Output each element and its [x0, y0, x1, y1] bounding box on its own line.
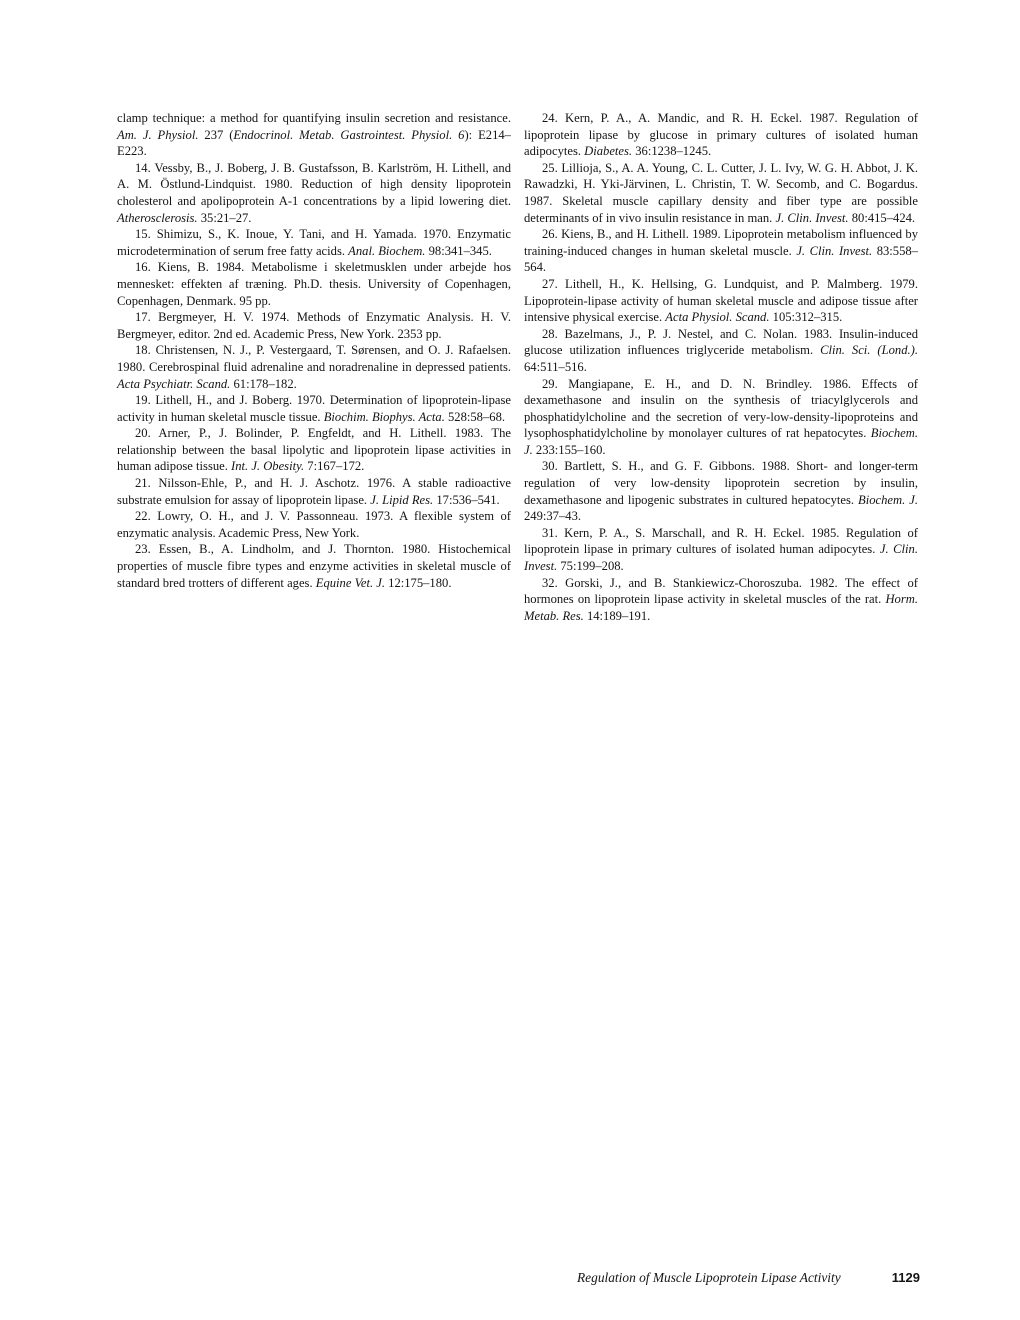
reference-21: 21. Nilsson-Ehle, P., and H. J. Aschotz.… [117, 475, 511, 508]
reference-citation: 80:415–424. [849, 211, 915, 225]
reference-28: 28. Bazelmans, J., P. J. Nestel, and C. … [524, 326, 918, 376]
journal-name: J. Clin. Invest. [775, 211, 848, 225]
reference-citation: 36:1238–1245. [632, 144, 711, 158]
journal-name: Am. J. Physiol. [117, 128, 198, 142]
reference-17: 17. Bergmeyer, H. V. 1974. Methods of En… [117, 309, 511, 342]
reference-text: 237 ( [198, 128, 233, 142]
reference-24: 24. Kern, P. A., A. Mandic, and R. H. Ec… [524, 110, 918, 160]
reference-citation: 233:155–160. [533, 443, 606, 457]
journal-name: Endocrinol. Metab. Gastrointest. Physiol… [233, 128, 464, 142]
reference-citation: 12:175–180. [385, 576, 451, 590]
journal-name: Equine Vet. J. [316, 576, 385, 590]
reference-text: clamp technique: a method for quantifyin… [117, 111, 511, 125]
reference-32: 32. Gorski, J., and B. Stankiewicz-Choro… [524, 575, 918, 625]
reference-19: 19. Lithell, H., and J. Boberg. 1970. De… [117, 392, 511, 425]
reference-citation: 98:341–345. [425, 244, 491, 258]
journal-name: Acta Psychiatr. Scand. [117, 377, 230, 391]
reference-citation: 249:37–43. [524, 509, 581, 523]
journal-name: J. Clin. Invest. [796, 244, 872, 258]
reference-text: 29. Mangiapane, E. H., and D. N. Brindle… [524, 377, 918, 441]
reference-23: 23. Essen, B., A. Lindholm, and J. Thorn… [117, 541, 511, 591]
reference-citation: 64:511–516. [524, 360, 587, 374]
reference-text: 22. Lowry, O. H., and J. V. Passonneau. … [117, 509, 511, 540]
reference-citation: 105:312–315. [770, 310, 843, 324]
reference-text: 16. Kiens, B. 1984. Metabolisme i skelet… [117, 260, 511, 307]
reference-31: 31. Kern, P. A., S. Marschall, and R. H.… [524, 525, 918, 575]
journal-name: Int. J. Obesity. [231, 459, 304, 473]
journal-name: J. Lipid Res. [370, 493, 433, 507]
journal-name: Atherosclerosis. [117, 211, 198, 225]
page-number: 1129 [892, 1270, 920, 1285]
reference-citation: 528:58–68. [445, 410, 505, 424]
reference-29: 29. Mangiapane, E. H., and D. N. Brindle… [524, 376, 918, 459]
journal-name: Anal. Biochem. [348, 244, 425, 258]
reference-text: 14. Vessby, B., J. Boberg, J. B. Gustafs… [117, 161, 511, 208]
reference-26: 26. Kiens, B., and H. Lithell. 1989. Lip… [524, 226, 918, 276]
reference-20: 20. Arner, P., J. Bolinder, P. Engfeldt,… [117, 425, 511, 475]
reference-text: 17. Bergmeyer, H. V. 1974. Methods of En… [117, 310, 511, 341]
journal-name: Biochim. Biophys. Acta. [324, 410, 445, 424]
reference-16: 16. Kiens, B. 1984. Metabolisme i skelet… [117, 259, 511, 309]
left-column: clamp technique: a method for quantifyin… [117, 110, 511, 591]
page-footer: Regulation of Muscle Lipoprotein Lipase … [577, 1270, 920, 1286]
reference-13-continuation: clamp technique: a method for quantifyin… [117, 110, 511, 160]
reference-27: 27. Lithell, H., K. Hellsing, G. Lundqui… [524, 276, 918, 326]
journal-name: Diabetes. [584, 144, 632, 158]
reference-text: 31. Kern, P. A., S. Marschall, and R. H.… [524, 526, 918, 557]
reference-citation: 7:167–172. [304, 459, 364, 473]
reference-citation: 75:199–208. [557, 559, 623, 573]
reference-citation: 61:178–182. [230, 377, 296, 391]
reference-14: 14. Vessby, B., J. Boberg, J. B. Gustafs… [117, 160, 511, 226]
running-title: Regulation of Muscle Lipoprotein Lipase … [577, 1270, 841, 1286]
reference-citation: 35:21–27. [198, 211, 252, 225]
reference-citation: 17:536–541. [433, 493, 499, 507]
reference-citation: 14:189–191. [584, 609, 650, 623]
reference-text: 32. Gorski, J., and B. Stankiewicz-Choro… [524, 576, 918, 607]
reference-30: 30. Bartlett, S. H., and G. F. Gibbons. … [524, 458, 918, 524]
journal-name: Acta Physiol. Scand. [665, 310, 769, 324]
journal-name: Biochem. J. [858, 493, 918, 507]
reference-18: 18. Christensen, N. J., P. Vestergaard, … [117, 342, 511, 392]
reference-22: 22. Lowry, O. H., and J. V. Passonneau. … [117, 508, 511, 541]
reference-15: 15. Shimizu, S., K. Inoue, Y. Tani, and … [117, 226, 511, 259]
journal-name: Clin. Sci. (Lond.). [820, 343, 918, 357]
right-column: 24. Kern, P. A., A. Mandic, and R. H. Ec… [524, 110, 918, 624]
reference-25: 25. Lillioja, S., A. A. Young, C. L. Cut… [524, 160, 918, 226]
reference-text: 18. Christensen, N. J., P. Vestergaard, … [117, 343, 511, 374]
reference-text: 23. Essen, B., A. Lindholm, and J. Thorn… [117, 542, 511, 589]
